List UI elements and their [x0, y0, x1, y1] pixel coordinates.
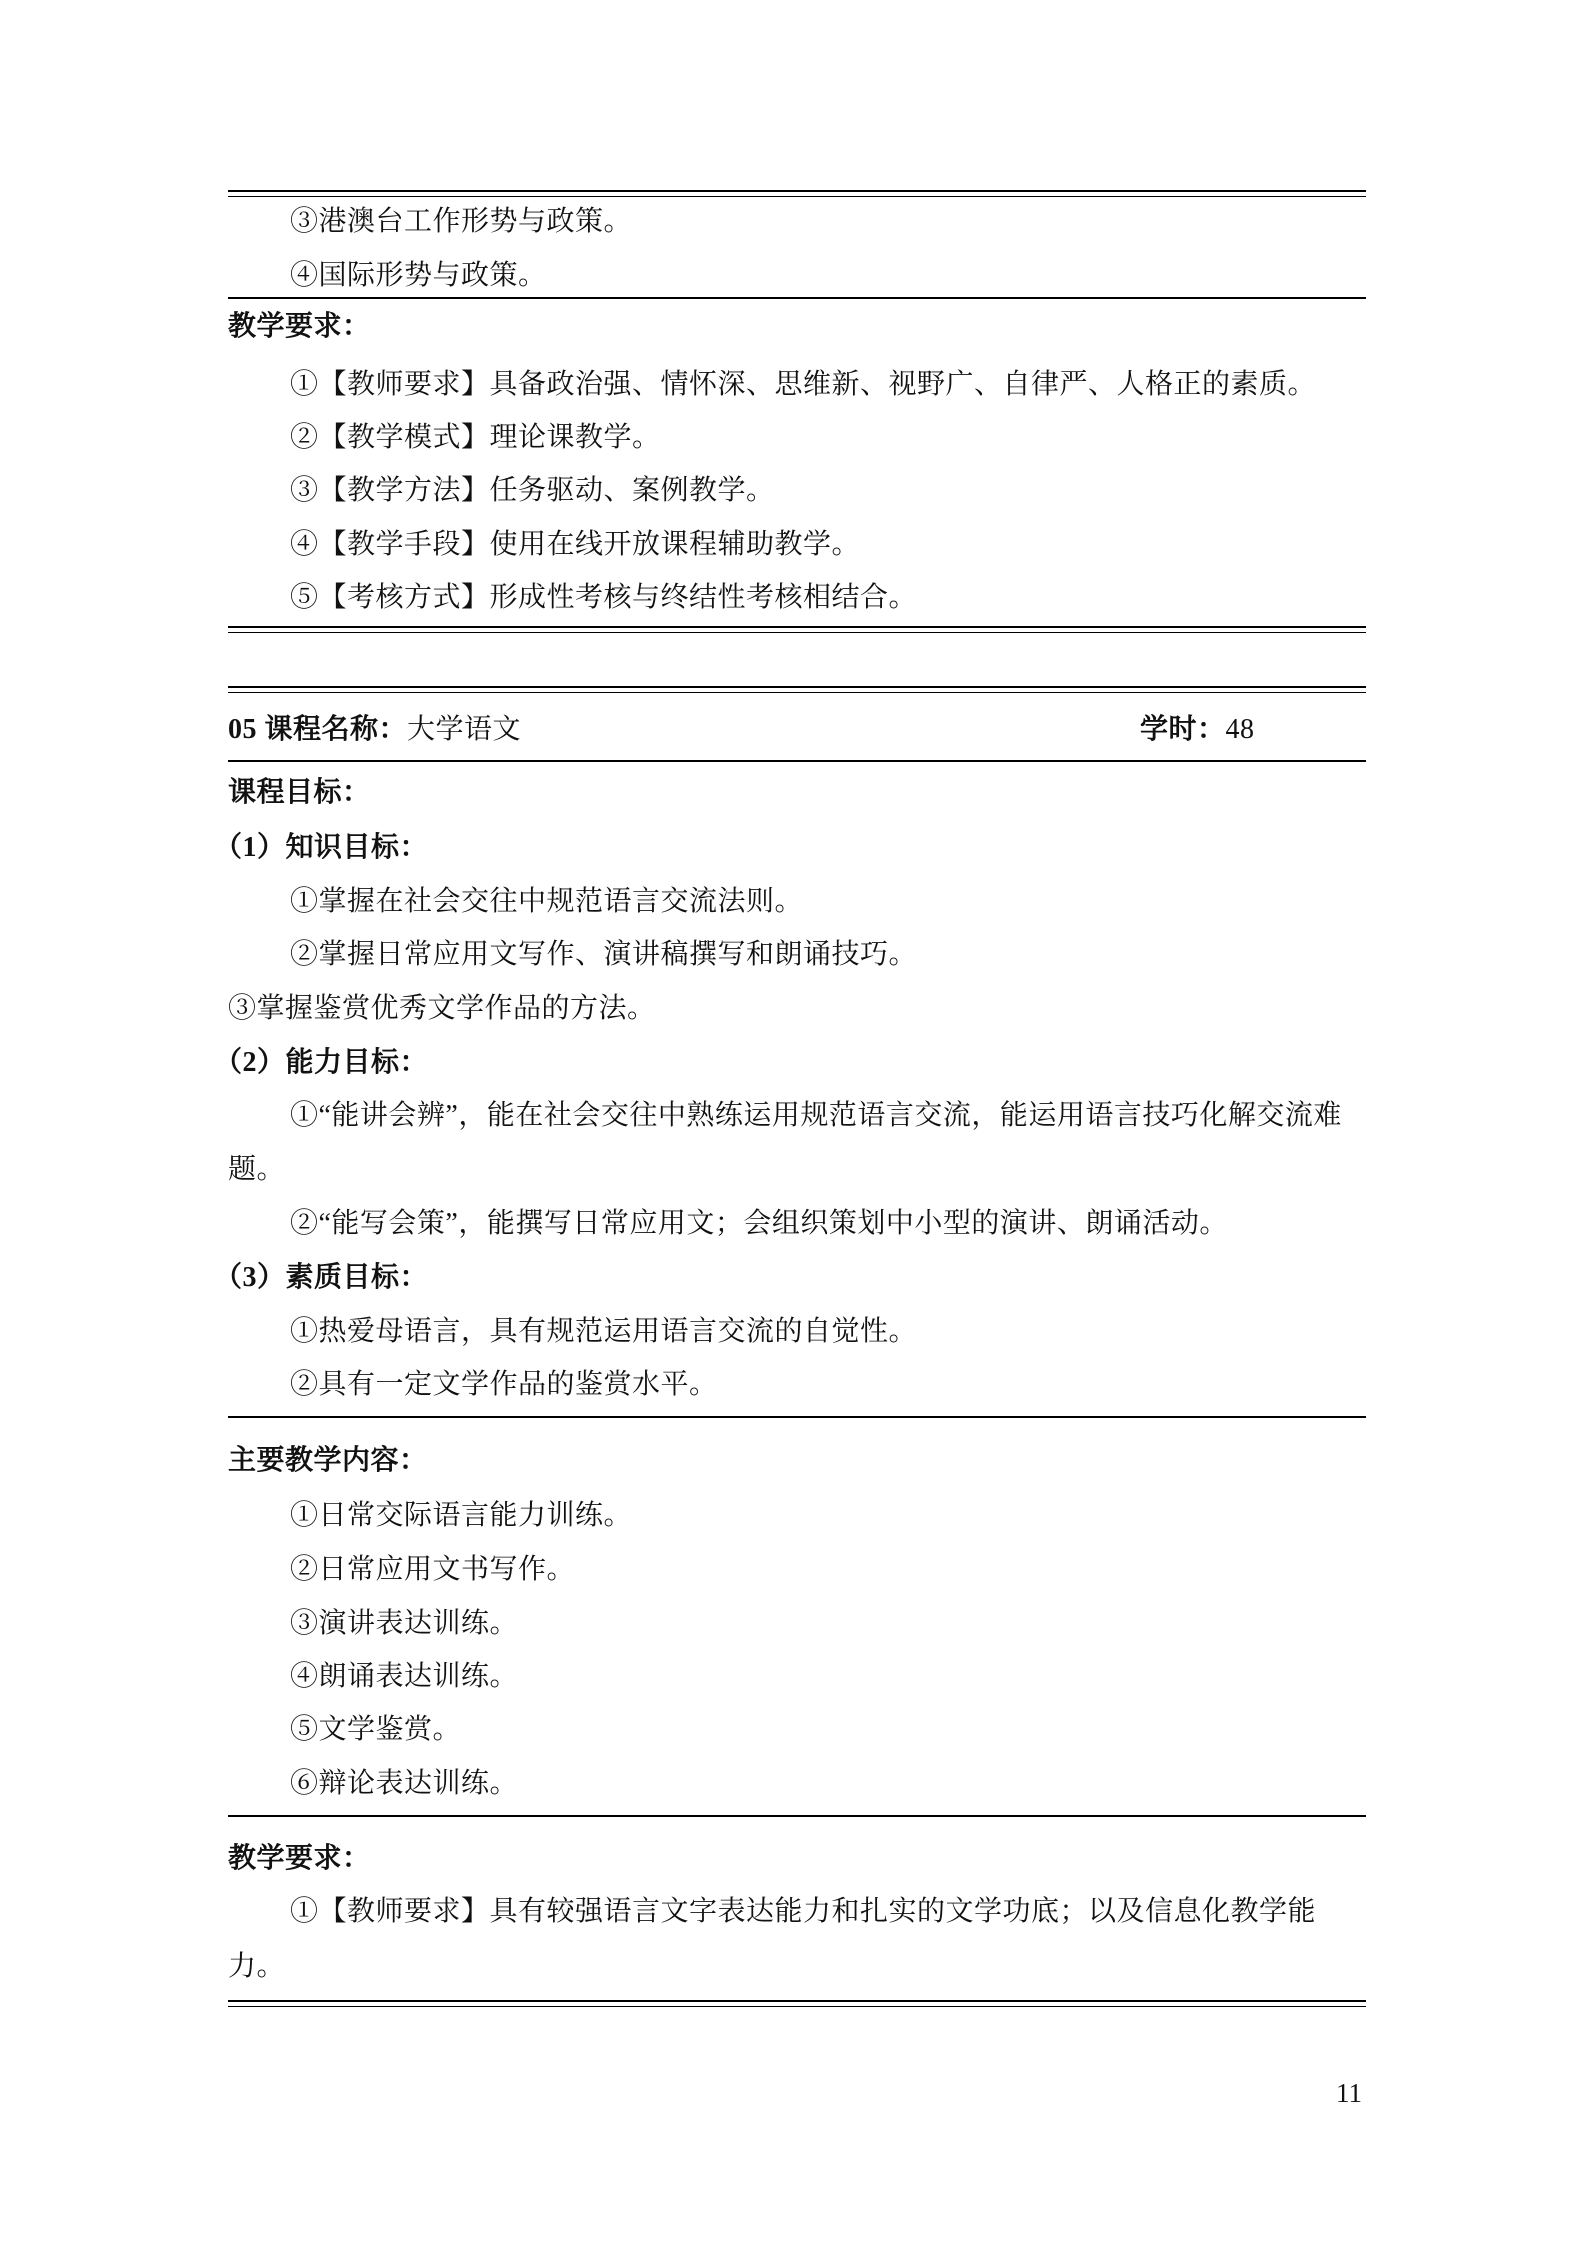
course-header: 05 课程名称：大学语文 — [228, 713, 521, 747]
list-item-wrap: 力。 — [228, 1950, 285, 1984]
list-item: ③【教学方法】任务驱动、案例教学。 — [290, 474, 775, 508]
list-item: ④朗诵表达训练。 — [290, 1660, 518, 1694]
section-heading-course-objectives: 课程目标： — [228, 776, 371, 810]
subheading-quality-objectives: （3）素质目标： — [214, 1261, 428, 1295]
table-top-double-border — [228, 686, 1366, 693]
section-divider — [228, 1815, 1366, 1817]
section-divider — [228, 760, 1366, 762]
list-item: ②“能写会策”，能撰写日常应用文；会组织策划中小型的演讲、朗诵活动。 — [290, 1207, 1228, 1241]
list-item: ③港澳台工作形势与政策。 — [290, 205, 632, 239]
list-item: ⑤文学鉴赏。 — [290, 1713, 461, 1747]
section-divider — [228, 1416, 1366, 1418]
list-item: ③掌握鉴赏优秀文学作品的方法。 — [228, 992, 656, 1026]
list-item: ②具有一定文学作品的鉴赏水平。 — [290, 1368, 718, 1402]
section-heading-main-content: 主要教学内容： — [228, 1444, 428, 1478]
list-item: ①日常交际语言能力训练。 — [290, 1499, 632, 1533]
list-item: ②【教学模式】理论课教学。 — [290, 421, 661, 455]
list-item: ①“能讲会辨”，能在社会交往中熟练运用规范语言交流，能运用语言技巧化解交流难 — [290, 1099, 1342, 1133]
section-divider — [228, 297, 1366, 299]
subheading-ability-objectives: （2）能力目标： — [214, 1046, 428, 1080]
course-name: 大学语文 — [407, 714, 521, 745]
section-heading-teaching-requirements: 教学要求： — [228, 310, 371, 344]
list-item: ①【教师要求】具备政治强、情怀深、思维新、视野广、自律严、人格正的素质。 — [290, 368, 1316, 402]
list-item: ②掌握日常应用文写作、演讲稿撰写和朗诵技巧。 — [290, 938, 917, 972]
list-item: ①【教师要求】具有较强语言文字表达能力和扎实的文学功底；以及信息化教学能 — [290, 1895, 1316, 1929]
course-hours: 学时：48 — [1140, 713, 1255, 747]
table-bottom-double-border — [228, 2000, 1366, 2007]
document-page: ③港澳台工作形势与政策。 ④国际形势与政策。 教学要求： ①【教师要求】具备政治… — [0, 0, 1587, 2245]
list-item: ②日常应用文书写作。 — [290, 1553, 575, 1587]
list-item: ④【教学手段】使用在线开放课程辅助教学。 — [290, 528, 860, 562]
table-bottom-double-border — [228, 626, 1366, 633]
list-item: ③演讲表达训练。 — [290, 1607, 518, 1641]
list-item: ①热爱母语言，具有规范运用语言交流的自觉性。 — [290, 1315, 917, 1349]
section-heading-teaching-requirements: 教学要求： — [228, 1842, 371, 1876]
subheading-knowledge-objectives: （1）知识目标： — [214, 831, 428, 865]
hours-value: 48 — [1226, 714, 1255, 745]
course-number-label: 05 课程名称： — [228, 714, 407, 745]
list-item: ④国际形势与政策。 — [290, 259, 547, 293]
list-item-wrap: 题。 — [228, 1153, 285, 1187]
list-item: ⑥辩论表达训练。 — [290, 1767, 518, 1801]
page-number: 11 — [1336, 2078, 1362, 2109]
list-item: ①掌握在社会交往中规范语言交流法则。 — [290, 885, 803, 919]
table-top-double-border — [228, 190, 1366, 197]
list-item: ⑤【考核方式】形成性考核与终结性考核相结合。 — [290, 581, 917, 615]
hours-label: 学时： — [1140, 714, 1226, 745]
